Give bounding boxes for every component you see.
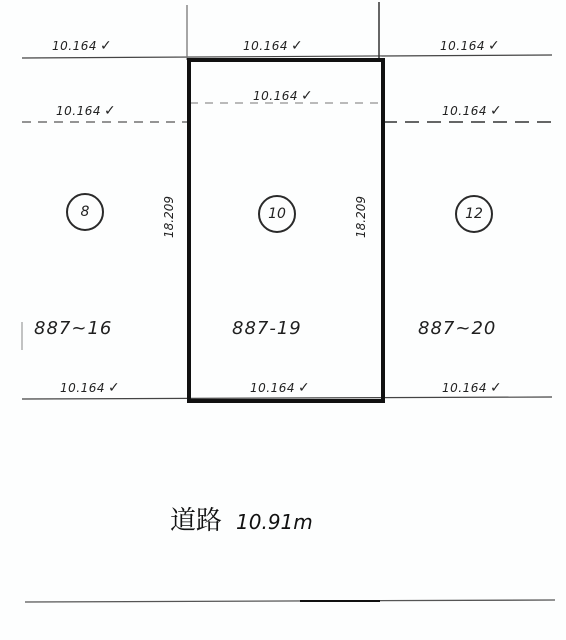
parcel-marker-left: 8 [66,193,104,231]
road-edge-line [25,600,555,602]
road-name: 道路 [170,506,222,536]
frontage-label-top-right: 10.164✓ [440,38,500,54]
frontage-label-mid-left: 10.164✓ [56,103,116,119]
frontage-label-mid-center: 10.164✓ [253,88,313,104]
parcel-number-center: 887-19 [232,318,302,339]
bottom-boundary-line [22,397,552,399]
frontage-label-mid-right: 10.164✓ [442,103,502,119]
depth-label-left: 18.209 [162,196,176,238]
road-width: 10.91m [236,510,313,534]
top-boundary-line [22,55,552,58]
parcel-number-left: 887~16 [34,318,112,339]
parcel-marker-center: 10 [258,195,296,233]
frontage-label-bottom-right: 10.164✓ [442,380,502,396]
road-label: 道路10.91m [170,500,313,537]
frontage-label-top-center: 10.164✓ [243,38,303,54]
depth-label-right: 18.209 [354,196,368,238]
frontage-label-bottom-left: 10.164✓ [60,380,120,396]
frontage-label-bottom-center: 10.164✓ [250,380,310,396]
frontage-label-top-left: 10.164✓ [52,38,112,54]
parcel-marker-right: 12 [455,195,493,233]
parcel-number-right: 887~20 [418,318,496,339]
